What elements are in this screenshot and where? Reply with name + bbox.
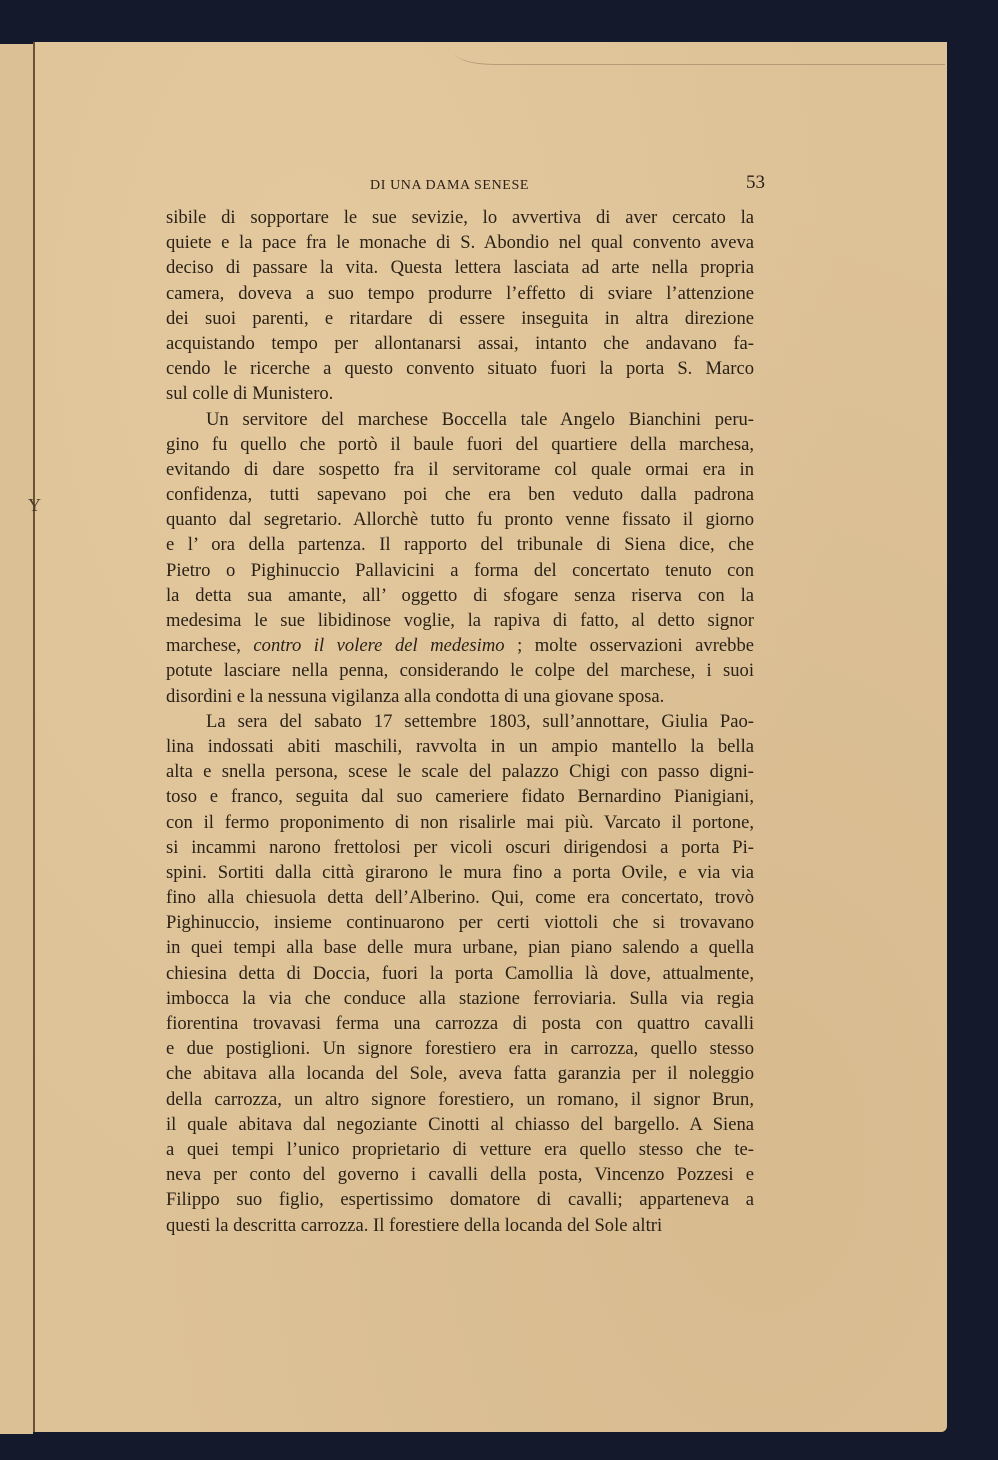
text-line: La sera del sabato 17 settembre 1803, su…: [166, 709, 754, 734]
text-line: quiete e la pace fra le monache di S. Ab…: [166, 230, 754, 255]
text-line: medesima le sue libidinose voglie, la ra…: [166, 608, 754, 633]
text-line: toso e franco, seguita dal suo cameriere…: [166, 784, 754, 809]
text-line: Pietro o Pighinuccio Pallavicini a forma…: [166, 558, 754, 583]
text-line: fino alla chiesuola detta dell’Alberino.…: [166, 885, 754, 910]
text-line: Un servitore del marchese Boccella tale …: [166, 407, 754, 432]
text-line: acquistando tempo per allontanarsi assai…: [166, 331, 754, 356]
margin-mark: Y: [28, 495, 41, 516]
text-line: marchese, contro il volere del medesimo …: [166, 633, 754, 658]
facing-page-edge: [0, 44, 33, 1434]
running-head-title: DI UNA DAMA SENESE: [370, 178, 529, 194]
text-line: in quei tempi alla base delle mura urban…: [166, 935, 754, 960]
text-line: si incammi narono frettolosi per vicoli …: [166, 835, 754, 860]
text-line: gino fu quello che portò il baule fuori …: [166, 432, 754, 457]
page-number: 53: [746, 172, 765, 194]
text-line: spini. Sortiti dalla città girarono le m…: [166, 860, 754, 885]
text-line: dei suoi parenti, e ritardare di essere …: [166, 306, 754, 331]
text-line: confidenza, tutti sapevano poi che era b…: [166, 482, 754, 507]
text-line: potute lasciare nella penna, considerand…: [166, 658, 754, 683]
text-line: questi la descritta carrozza. Il foresti…: [166, 1213, 754, 1238]
text-line: disordini e la nessuna vigilanza alla co…: [166, 684, 754, 709]
italic-text: contro il volere del medesimo: [253, 635, 504, 656]
text-line: lina indossati abiti maschili, ravvolta …: [166, 734, 754, 759]
running-head: DI UNA DAMA SENESE 53: [165, 176, 775, 198]
text-line: la detta sua amante, all’ oggetto di sfo…: [166, 583, 754, 608]
text-line: che abitava alla locanda del Sole, aveva…: [166, 1061, 754, 1086]
text-line: neva per conto del governo i cavalli del…: [166, 1162, 754, 1187]
text-line: sul colle di Munistero.: [166, 381, 754, 406]
text-line: imbocca la via che conduce alla stazione…: [166, 986, 754, 1011]
text-line: camera, doveva a suo tempo produrre l’ef…: [166, 281, 754, 306]
body-text: sibile di sopportare le sue sevizie, lo …: [166, 205, 754, 1238]
text-line: a quei tempi l’unico proprietario di vet…: [166, 1137, 754, 1162]
text-line: cendo le ricerche a questo convento situ…: [166, 356, 754, 381]
text-line: chiesina detta di Doccia, fuori la porta…: [166, 961, 754, 986]
text-line: con il fermo proponimento di non risalir…: [166, 810, 754, 835]
text-line: sibile di sopportare le sue sevizie, lo …: [166, 205, 754, 230]
paragraph: sibile di sopportare le sue sevizie, lo …: [166, 205, 754, 407]
text-line: e due postiglioni. Un signore forestiero…: [166, 1036, 754, 1061]
text-line: della carrozza, un altro signore foresti…: [166, 1087, 754, 1112]
text-line: evitando di dare sospetto fra il servito…: [166, 457, 754, 482]
paragraph: La sera del sabato 17 settembre 1803, su…: [166, 709, 754, 1238]
paragraph: Un servitore del marchese Boccella tale …: [166, 407, 754, 709]
text-line: alta e snella persona, scese le scale de…: [166, 759, 754, 784]
text-line: deciso di passare la vita. Questa letter…: [166, 255, 754, 280]
text-line: Filippo suo figlio, espertissimo domator…: [166, 1187, 754, 1212]
text-line: e l’ ora della partenza. Il rapporto del…: [166, 532, 754, 557]
text-line: quanto dal segretario. Allorchè tutto fu…: [166, 507, 754, 532]
text-line: il quale abitava dal negoziante Cinotti …: [166, 1112, 754, 1137]
text-line: Pighinuccio, insieme continuarono per ce…: [166, 910, 754, 935]
text-line: fiorentina trovavasi ferma una carrozza …: [166, 1011, 754, 1036]
torn-top-edge: [455, 42, 945, 65]
